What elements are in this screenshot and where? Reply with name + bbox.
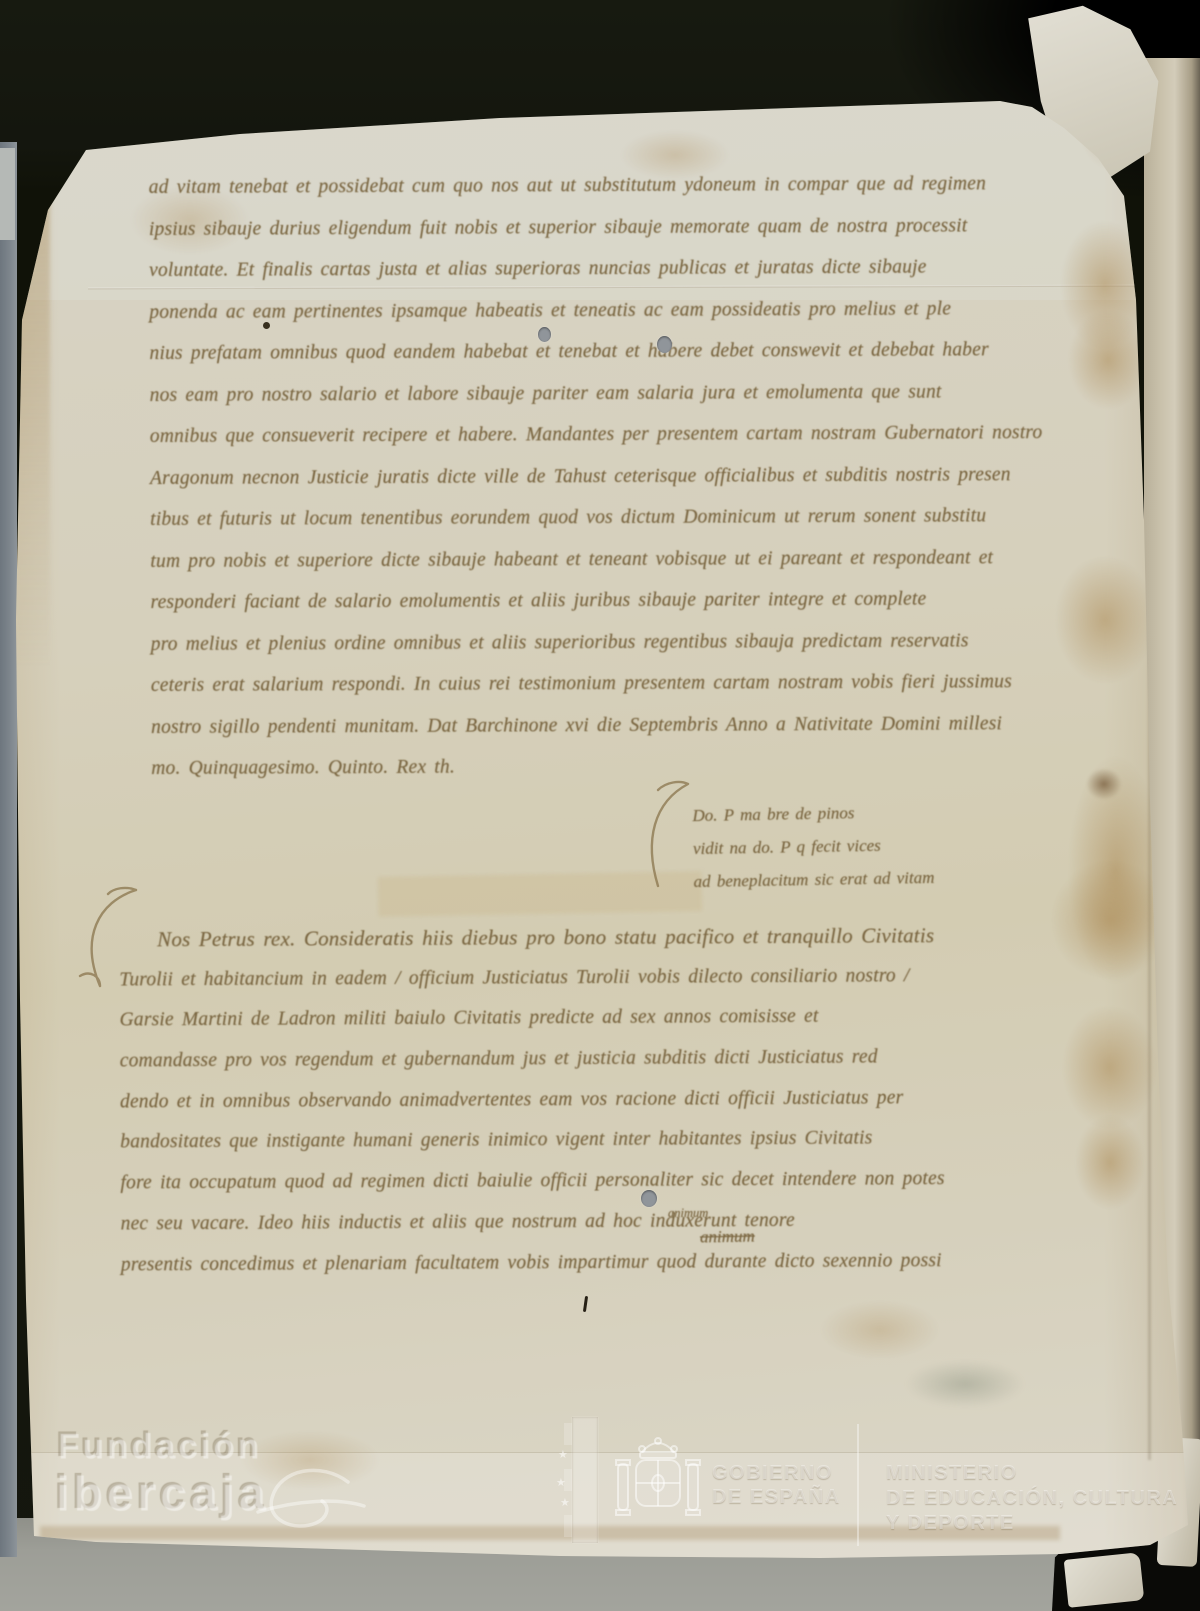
manuscript-line: Do. P ma bre de pinos (692, 795, 933, 832)
manuscript-line: mo. Quinquagesimo. Quinto. Rex th. (151, 744, 1081, 790)
manuscript-line: vidit na do. P q fecit vices (693, 828, 934, 865)
fundacion-wordmark: Fundación (57, 1426, 261, 1466)
ink-dot (263, 322, 270, 329)
marginal-note: Do. P ma bre de pinos vidit na do. P q f… (692, 795, 935, 898)
manuscript-line: voluntate. Et finalis cartas justa et al… (149, 246, 1079, 292)
second-paragraph: Nos Petrus rex. Consideratis hiis diebus… (119, 915, 1071, 1286)
manuscript-line: pro melius et plenius ordine omnibus et … (151, 619, 1081, 665)
parchment-page: ad vitam tenebat et possidebat cum quo n… (0, 0, 1200, 1611)
repair-patch (378, 871, 703, 917)
manuscript-line: ad beneplacitum sic erat ad vitam (693, 861, 934, 898)
spain-coat-of-arms-icon (612, 1430, 704, 1532)
stain (16, 148, 50, 668)
stain (1068, 755, 1163, 985)
punch-hole (641, 1190, 657, 1207)
star-icon: ★ (560, 1496, 570, 1509)
ibercaja-wordmark: ibercaja (55, 1466, 268, 1521)
de-espana-line: DE ESPAÑA (712, 1485, 841, 1509)
manuscript-line: Nos Petrus rex. Consideratis hiis diebus… (119, 915, 1069, 961)
stain (905, 1360, 1025, 1408)
punch-hole (538, 327, 551, 342)
paraph-flourish-icon (636, 778, 696, 893)
star-icon: ★ (556, 1476, 566, 1489)
stain (1086, 768, 1122, 800)
manuscript-line: ipsius sibauje durius eligendum fuit nob… (149, 204, 1079, 250)
manuscript-line: ad vitam tenebat et possidebat cum quo n… (149, 163, 1079, 209)
left-page-edge-top (0, 148, 15, 240)
gobierno-line: GOBIERNO (712, 1461, 841, 1485)
manuscript-line: Turolii et habitancium in eadem / offici… (119, 955, 1069, 1001)
manuscript-line: Aragonum necnon Justicie juratis dicte v… (150, 453, 1080, 499)
stain (820, 1300, 940, 1360)
stain (1055, 555, 1155, 685)
punch-hole (657, 336, 672, 353)
manuscript-line: bandositates que instigante humani gener… (120, 1118, 1070, 1164)
stain (1068, 310, 1148, 410)
manuscript-line: dendo et in omnibus observando animadver… (120, 1077, 1070, 1123)
manuscript-line: tibus et futuris ut locum tenentibus eor… (150, 495, 1080, 541)
stain (240, 1430, 380, 1490)
stain (1075, 1115, 1145, 1210)
manuscript-line: tum pro nobis et superiore dicte sibauje… (150, 536, 1080, 582)
struck-out-word: animum (700, 1227, 755, 1248)
page-top-shading (20, 100, 1140, 300)
manuscript-line: Garsie Martini de Ladron militi baiulo C… (119, 996, 1069, 1042)
manuscript-line: responderi faciant de salario emolumenti… (150, 578, 1080, 624)
manuscript-line: presentis concedimus et plenariam facult… (121, 1240, 1071, 1286)
folded-corner (1064, 1552, 1145, 1608)
stain (1050, 860, 1170, 980)
ibercaja-swirl-icon (252, 1460, 370, 1545)
manuscript-line: fore ita occupatum quod ad regimen dicti… (120, 1159, 1070, 1205)
stain (1060, 220, 1150, 350)
ink-mark (583, 1296, 588, 1312)
manuscript-line: comandasse pro vos regendum et gubernand… (120, 1037, 1070, 1083)
star-icon: ★ (558, 1448, 568, 1461)
manuscript-line: nostro sigillo pendenti munitam. Dat Bar… (151, 702, 1081, 748)
horizontal-crease (88, 285, 1138, 290)
manuscript-line: nec seu vacare. Ideo hiis inductis et al… (121, 1199, 1071, 1245)
page-bottom-shading (24, 1452, 1188, 1559)
paraph-flourish-icon (70, 882, 145, 997)
manuscript-line: nos eam pro nostro salario et labore sib… (150, 370, 1080, 416)
manuscript-line: ceteris erat salarium respondi. In cuius… (151, 661, 1081, 707)
stain (130, 185, 250, 255)
manuscript-photo: ad vitam tenebat et possidebat cum quo n… (0, 0, 1200, 1611)
stain (1062, 1005, 1157, 1130)
left-page-edges-strip (0, 142, 17, 1557)
manuscript-line: ponenda ac eam pertinentes ipsamque habe… (149, 287, 1079, 333)
interlinear-correction: animum (668, 1206, 708, 1221)
gobierno-de-espana-label: GOBIERNO DE ESPAÑA (712, 1461, 841, 1509)
manuscript-line: omnibus que consueverit recipere et habe… (150, 412, 1080, 458)
deporte-line: Y DEPORTE (886, 1511, 1178, 1536)
main-text-block: ad vitam tenebat et possidebat cum quo n… (149, 163, 1082, 790)
watermark-divider (857, 1424, 859, 1546)
spain-flag-icon (572, 1417, 598, 1543)
ministry-watermark: MINISTERIO DE EDUCACIÓN, CULTURA Y DEPOR… (886, 1461, 1178, 1536)
stain (620, 130, 730, 180)
manuscript-line: nius prefatam omnibus quod eandem habeba… (149, 329, 1079, 375)
ministerio-line: MINISTERIO (886, 1461, 1178, 1486)
stain (40, 1526, 1060, 1540)
educacion-cultura-line: DE EDUCACIÓN, CULTURA (886, 1486, 1178, 1511)
